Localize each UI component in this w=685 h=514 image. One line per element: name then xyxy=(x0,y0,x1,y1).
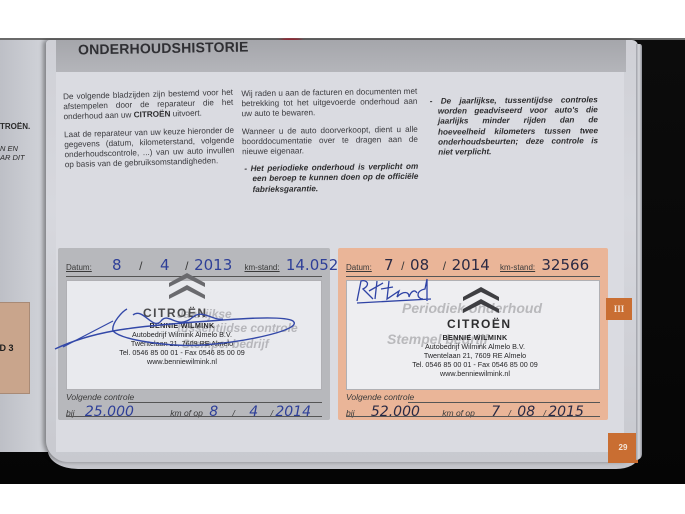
citroen-chevron-icon xyxy=(459,283,503,315)
stamp-details: BENNIE WILMINK Autobedrijf Wilmink Almel… xyxy=(385,333,565,378)
next-service-line: bij 25.000 km of op 8 / 4 / 2014 xyxy=(66,404,311,420)
intro-paragraph: Laat de reparateur van uw keuze hieronde… xyxy=(64,125,235,170)
date-year: 2014 xyxy=(452,256,490,274)
intro-paragraph: Wanneer u de auto doorverkoopt, dient u … xyxy=(242,124,418,157)
signature-scribble xyxy=(353,277,443,312)
km-label: km-stand: xyxy=(244,263,279,272)
next-date-year: 2014 xyxy=(275,404,311,420)
intro-paragraph: De volgende bladzijden zijn bestemd voor… xyxy=(63,88,234,123)
footer-rule xyxy=(66,416,322,417)
next-date-month: 08 xyxy=(517,404,535,420)
intro-paragraph: Wij raden u aan de facturen en documente… xyxy=(241,87,417,120)
service-entry-1: Datum: 8 / 4 / 2013 km-stand: 14.052 Jaa… xyxy=(58,248,330,420)
next-km: 52.000 xyxy=(371,404,420,420)
warranty-note: - Het periodieke onderhoud is verplicht … xyxy=(242,162,418,195)
annual-check-note: - De jaarlijkse, tussentijdse controles … xyxy=(428,95,599,158)
next-km: 25.000 xyxy=(85,404,134,420)
date-day: 7 xyxy=(384,256,394,274)
next-service-rule xyxy=(408,402,600,403)
service-entry-2: Datum: 7 / 08 / 2014 km-stand: 32566 Per… xyxy=(338,248,608,420)
citroen-chevron-icon xyxy=(165,269,209,301)
booklet-photo: TROËN. N EN AR DIT K UD 3 ONDERHOUDSHIST… xyxy=(0,38,685,484)
intro-column-3: - De jaarlijkse, tussentijdse controles … xyxy=(428,95,599,165)
header-band: ONDERHOUDSHISTORIE xyxy=(56,40,626,72)
intro-column-1: De volgende bladzijden zijn bestemd voor… xyxy=(63,88,235,178)
signature-scribble xyxy=(53,301,313,366)
dealer-stamp: Periodiek onderhoud Stempel bedrijf CITR… xyxy=(346,280,600,390)
stamp-website: www.benniewilmink.nl xyxy=(385,369,565,378)
km-value: 32566 xyxy=(541,256,589,274)
page-title: ONDERHOUDSHISTORIE xyxy=(78,39,249,58)
left-page-line: AR DIT xyxy=(0,153,25,162)
date-day: 8 xyxy=(112,256,122,274)
page-number: 29 xyxy=(608,433,638,463)
brand-name: CITROËN xyxy=(134,110,171,120)
next-service-label: Volgende controle xyxy=(346,392,414,402)
entry-header: Datum: 7 / 08 / 2014 km-stand: 32566 xyxy=(346,256,589,274)
stamp-name: BENNIE WILMINK xyxy=(385,333,565,342)
stamp-brand: CITROËN xyxy=(447,317,512,331)
section-tab: III xyxy=(606,298,632,320)
dealer-stamp: Jaarlijkse tussentijdse controle Stempel… xyxy=(66,280,322,390)
next-date-day: 7 xyxy=(491,404,500,420)
next-service-rule xyxy=(128,402,322,403)
km-label: km-stand: xyxy=(500,263,535,272)
maintenance-history-page: ONDERHOUDSHISTORIE De volgende bladzijde… xyxy=(46,40,638,462)
next-date-day: 8 xyxy=(209,404,218,420)
footer-rule xyxy=(346,416,600,417)
date-label: Datum: xyxy=(346,263,372,272)
left-page-brand: TROËN. xyxy=(0,122,30,131)
stamp-company: Autobedrijf Wilmink Almelo B.V. xyxy=(385,342,565,351)
km-value: 14.052 xyxy=(286,256,339,274)
date-month: 08 xyxy=(410,256,429,274)
intro-column-2: Wij raden u aan de facturen en documente… xyxy=(241,87,419,202)
left-page-box: K UD 3 xyxy=(0,302,30,394)
next-service-line: bij 52.000 km of op 7 / 08 / 2015 xyxy=(346,404,584,420)
page-edge xyxy=(636,44,642,460)
next-date-year: 2015 xyxy=(548,404,584,420)
next-service-label: Volgende controle xyxy=(66,392,134,402)
date-label: Datum: xyxy=(66,263,92,272)
next-date-month: 4 xyxy=(249,404,258,420)
stamp-address: Twentelaan 21, 7609 RE Almelo xyxy=(385,351,565,360)
left-page-line: N EN xyxy=(0,144,18,153)
stamp-phone: Tel. 0546 85 00 01 - Fax 0546 85 00 09 xyxy=(385,360,565,369)
left-page-box-text: UD 3 xyxy=(0,343,14,353)
